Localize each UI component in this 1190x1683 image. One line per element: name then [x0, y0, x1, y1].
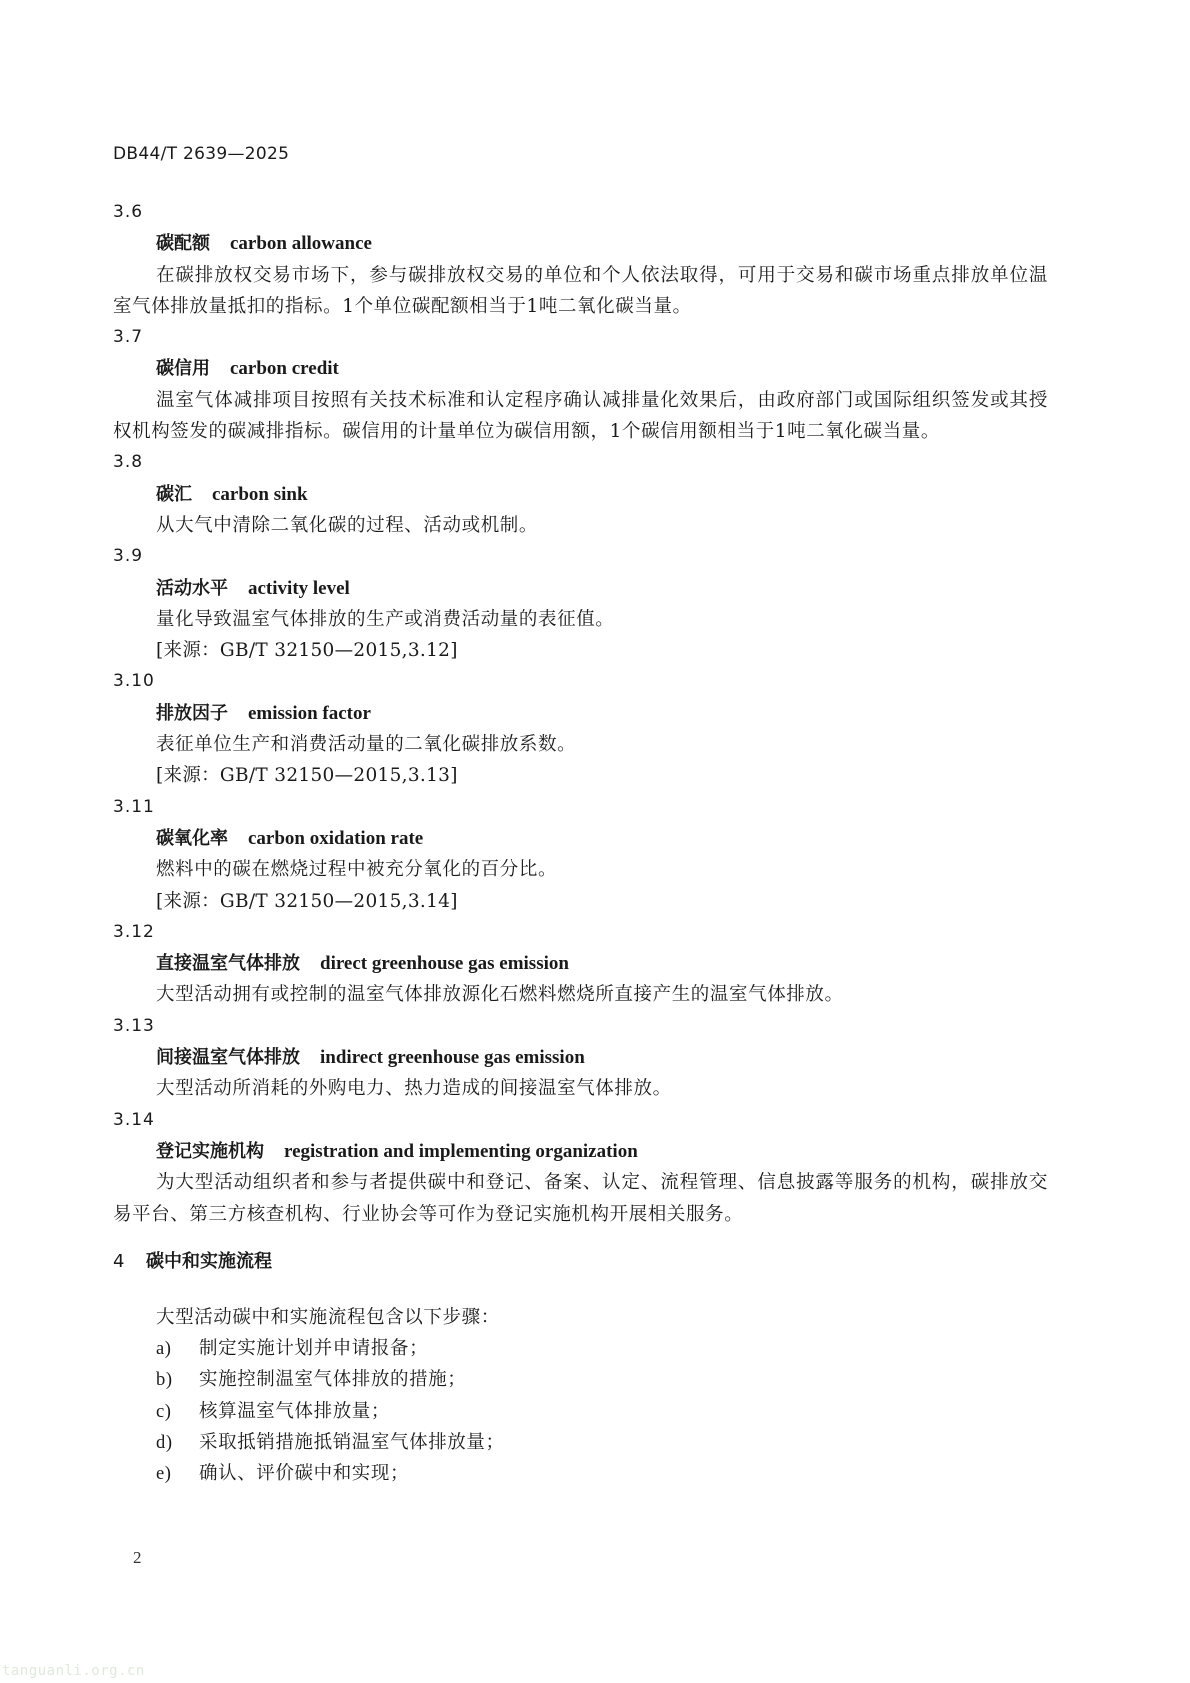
- term-english: carbon credit: [230, 358, 339, 379]
- term-number: 3.14: [113, 1105, 1048, 1136]
- page-number: 2: [133, 1548, 142, 1568]
- list-marker: b): [156, 1365, 199, 1396]
- term-chinese: 碳配额: [156, 233, 210, 254]
- term-number: 3.8: [113, 447, 1048, 478]
- term-number: 3.6: [113, 197, 1048, 228]
- term-definition: 量化导致温室气体排放的生产或消费活动量的表征值。: [113, 604, 1048, 635]
- term-entry-3-12: 3.12 直接温室气体排放direct greenhouse gas emiss…: [113, 917, 1048, 1011]
- term-definition: 大型活动所消耗的外购电力、热力造成的间接温室气体排放。: [113, 1073, 1048, 1104]
- term-chinese: 直接温室气体排放: [156, 953, 300, 974]
- term-heading: 活动水平activity level: [113, 573, 1048, 604]
- term-english: carbon sink: [212, 484, 308, 505]
- list-marker: d): [156, 1428, 199, 1459]
- term-definition: 温室气体减排项目按照有关技术标准和认定程序确认减排量化效果后，由政府部门或国际组…: [113, 385, 1048, 448]
- term-heading: 碳配额carbon allowance: [113, 228, 1048, 259]
- term-english: activity level: [248, 578, 350, 599]
- list-item-text: 确认、评价碳中和实现；: [199, 1463, 409, 1484]
- term-chinese: 碳信用: [156, 358, 210, 379]
- term-source: [来源：GB/T 32150—2015,3.13]: [113, 760, 1048, 791]
- term-heading: 登记实施机构registration and implementing orga…: [113, 1136, 1048, 1167]
- term-english: emission factor: [248, 703, 371, 724]
- term-heading: 碳信用carbon credit: [113, 353, 1048, 384]
- term-chinese: 登记实施机构: [156, 1141, 264, 1162]
- term-source: [来源：GB/T 32150—2015,3.14]: [113, 886, 1048, 917]
- list-item: a)制定实施计划并申请报备；: [113, 1333, 1048, 1364]
- term-definition: 燃料中的碳在燃烧过程中被充分氧化的百分比。: [113, 854, 1048, 885]
- term-source: [来源：GB/T 32150—2015,3.12]: [113, 635, 1048, 666]
- step-list: a)制定实施计划并申请报备； b)实施控制温室气体排放的措施； c)核算温室气体…: [113, 1333, 1048, 1489]
- term-english: indirect greenhouse gas emission: [320, 1047, 585, 1068]
- section-intro: 大型活动碳中和实施流程包含以下步骤：: [113, 1302, 1048, 1333]
- term-chinese: 间接温室气体排放: [156, 1047, 300, 1068]
- term-number: 3.9: [113, 541, 1048, 572]
- term-entry-3-13: 3.13 间接温室气体排放indirect greenhouse gas emi…: [113, 1011, 1048, 1105]
- list-item-text: 核算温室气体排放量；: [199, 1401, 390, 1422]
- term-english: registration and implementing organizati…: [284, 1141, 638, 1162]
- term-english: carbon oxidation rate: [248, 828, 423, 849]
- list-item: c)核算温室气体排放量；: [113, 1396, 1048, 1427]
- section-heading-4: 4碳中和实施流程: [113, 1242, 1048, 1282]
- term-number: 3.11: [113, 792, 1048, 823]
- term-number: 3.10: [113, 666, 1048, 697]
- document-body: 3.6 碳配额carbon allowance 在碳排放权交易市场下，参与碳排放…: [113, 197, 1048, 1490]
- term-english: carbon allowance: [230, 233, 372, 254]
- term-entry-3-6: 3.6 碳配额carbon allowance 在碳排放权交易市场下，参与碳排放…: [113, 197, 1048, 322]
- term-heading: 碳氧化率carbon oxidation rate: [113, 823, 1048, 854]
- section-number: 4: [113, 1242, 146, 1282]
- term-chinese: 排放因子: [156, 703, 228, 724]
- list-marker: e): [156, 1459, 199, 1490]
- term-entry-3-14: 3.14 登记实施机构registration and implementing…: [113, 1105, 1048, 1230]
- term-entry-3-10: 3.10 排放因子emission factor 表征单位生产和消费活动量的二氧…: [113, 666, 1048, 791]
- list-item: d)采取抵销措施抵销温室气体排放量；: [113, 1427, 1048, 1458]
- term-heading: 间接温室气体排放indirect greenhouse gas emission: [113, 1042, 1048, 1073]
- term-definition: 为大型活动组织者和参与者提供碳中和登记、备案、认定、流程管理、信息披露等服务的机…: [113, 1167, 1048, 1230]
- term-definition: 在碳排放权交易市场下，参与碳排放权交易的单位和个人依法取得，可用于交易和碳市场重…: [113, 260, 1048, 323]
- term-number: 3.12: [113, 917, 1048, 948]
- term-entry-3-11: 3.11 碳氧化率carbon oxidation rate 燃料中的碳在燃烧过…: [113, 792, 1048, 917]
- term-entry-3-8: 3.8 碳汇carbon sink 从大气中清除二氧化碳的过程、活动或机制。: [113, 447, 1048, 541]
- spacer: [113, 1282, 1048, 1302]
- watermark-text: tanguanli.org.cn: [2, 1663, 145, 1679]
- term-heading: 碳汇carbon sink: [113, 479, 1048, 510]
- term-number: 3.13: [113, 1011, 1048, 1042]
- term-chinese: 碳氧化率: [156, 828, 228, 849]
- term-english: direct greenhouse gas emission: [320, 953, 569, 974]
- term-chinese: 活动水平: [156, 578, 228, 599]
- document-page: DB44/T 2639—2025 3.6 碳配额carbon allowance…: [0, 0, 1190, 1683]
- term-definition: 大型活动拥有或控制的温室气体排放源化石燃料燃烧所直接产生的温室气体排放。: [113, 979, 1048, 1010]
- term-number: 3.7: [113, 322, 1048, 353]
- term-definition: 从大气中清除二氧化碳的过程、活动或机制。: [113, 510, 1048, 541]
- list-item: e)确认、评价碳中和实现；: [113, 1458, 1048, 1489]
- term-definition: 表征单位生产和消费活动量的二氧化碳排放系数。: [113, 729, 1048, 760]
- list-item-text: 采取抵销措施抵销温室气体排放量；: [199, 1432, 505, 1453]
- term-heading: 排放因子emission factor: [113, 698, 1048, 729]
- term-entry-3-7: 3.7 碳信用carbon credit 温室气体减排项目按照有关技术标准和认定…: [113, 322, 1048, 447]
- list-marker: a): [156, 1334, 199, 1365]
- document-code-header: DB44/T 2639—2025: [113, 144, 289, 164]
- section-title: 碳中和实施流程: [146, 1251, 272, 1272]
- term-chinese: 碳汇: [156, 484, 192, 505]
- list-item-text: 制定实施计划并申请报备；: [199, 1338, 428, 1359]
- list-item-text: 实施控制温室气体排放的措施；: [199, 1369, 466, 1390]
- term-heading: 直接温室气体排放direct greenhouse gas emission: [113, 948, 1048, 979]
- list-item: b)实施控制温室气体排放的措施；: [113, 1364, 1048, 1395]
- term-entry-3-9: 3.9 活动水平activity level 量化导致温室气体排放的生产或消费活…: [113, 541, 1048, 666]
- list-marker: c): [156, 1397, 199, 1428]
